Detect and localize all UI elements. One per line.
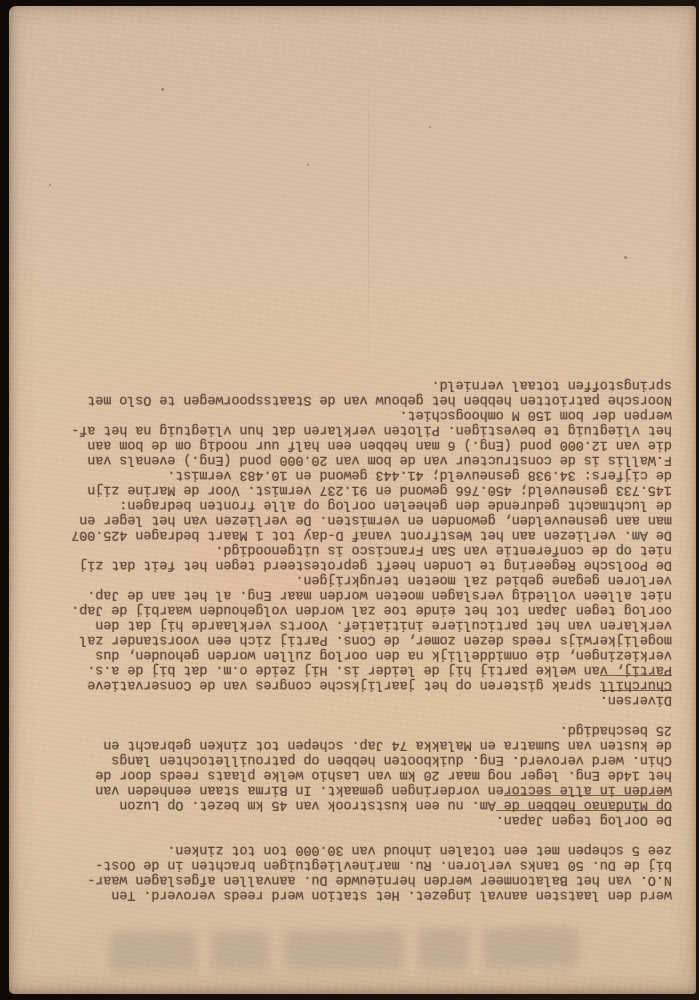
- text-line: verkiezingen, die onmiddellijk na den oo…: [31, 647, 672, 662]
- text-line: verloren gegane gebied zal moeten terugk…: [31, 572, 672, 587]
- ink-bleed-through: [109, 916, 580, 983]
- bleed-blob: [284, 928, 404, 969]
- text-line: Chin. werd veroverd. Eng. duikbooten heb…: [31, 752, 672, 767]
- paper-speck: [624, 256, 627, 259]
- underlined-text: Op Mindanao hebben de: [504, 796, 672, 813]
- text-line: de kusten van Sumatra en Malakka 74 Jap.…: [31, 737, 672, 752]
- underlined-text: Churchill: [600, 676, 672, 693]
- text-line: De Poolsche Regeering te Londen heeft ge…: [31, 557, 672, 572]
- paper-sheet: werd den laatsten aanval ingezet. Het st…: [9, 6, 696, 994]
- bleed-blob: [483, 927, 579, 968]
- text-line: sprak gisteren op het jaarlijksche congr…: [87, 677, 600, 692]
- text-line: 25 beschadigd.: [31, 722, 672, 737]
- text-line: die van 12.000 pond (Eng.) 6 man hebben …: [31, 437, 672, 452]
- text-line: bij de Du. 50 tanks verloren. Ru. marine…: [31, 857, 672, 872]
- text-line: Churchill sprak gisteren op het jaarlijk…: [31, 677, 672, 692]
- text-line: man aan gesneuvelden, gewonden en vermis…: [31, 512, 672, 527]
- text-line: De Am. verliezen aan het Westfront vanaf…: [31, 527, 672, 542]
- paper-speck: [307, 164, 309, 166]
- underlined-text: De Oorlog tegen Japan.: [496, 811, 672, 828]
- text-line: werden in alle sectoren vorderingen gema…: [31, 782, 672, 797]
- text-line: F.Wallis is de constructeur van de bom v…: [31, 452, 672, 467]
- text-line: het 14de Eng. leger nog maar 20 km van L…: [31, 767, 672, 782]
- bleed-blob: [210, 930, 270, 971]
- text-line: 145.733 gesneuveld; 450.766 gewond en 91…: [31, 482, 672, 497]
- paper-speck: [429, 126, 431, 128]
- text-line: Am. nu een kuststrook van 45 km bezet. O…: [119, 797, 503, 812]
- text-line: werpen der bom 150 M omhoogschiet.: [31, 407, 672, 422]
- text-line: zee 5 schepen met een totalen inhoud van…: [31, 842, 672, 857]
- text-line: mogelijkerwijs reeds dezen zomer, de Con…: [31, 632, 672, 647]
- fold-line: [368, 56, 369, 376]
- text-line: de cijfers: 34.938 gesneuveld; 41.443 ge…: [31, 467, 672, 482]
- blank-line: [31, 827, 672, 842]
- section-heading: Diversen.: [31, 692, 672, 707]
- section-heading: De Oorlog tegen Japan.: [31, 812, 672, 827]
- blank-line: [31, 707, 672, 722]
- text-line: oorlog tegen Japan tot het einde toe zal…: [31, 602, 672, 617]
- text-line: verklaren van het particuliere initiatie…: [31, 617, 672, 632]
- paper-speck: [49, 184, 51, 186]
- text-line: N.O. van het Balatonmeer werden hernieuw…: [31, 872, 672, 887]
- text-line: Partij, van welke partij hij de leider i…: [31, 662, 672, 677]
- text-line: de luchtmacht gedurende den geheelen oor…: [31, 497, 672, 512]
- scan-background: werd den laatsten aanval ingezet. Het st…: [0, 0, 699, 1000]
- text-line: Op Mindanao hebben de Am. nu een kuststr…: [31, 797, 672, 812]
- text-line: niet op de conferentie van San Francisco…: [31, 542, 672, 557]
- paper-speck: [161, 88, 164, 91]
- typewritten-text-block: werd den laatsten aanval ingezet. Het st…: [31, 377, 672, 902]
- text-line: het vliegtuig te bevestigen. Piloten ver…: [31, 422, 672, 437]
- text-line: springstoffen totaal vernield.: [31, 377, 672, 392]
- underlined-text: Diversen.: [600, 691, 672, 708]
- bleed-blob: [418, 928, 470, 969]
- text-line: werd den laatsten aanval ingezet. Het st…: [31, 887, 672, 902]
- text-line: Noorsche patriotten hebben het gebouw va…: [31, 392, 672, 407]
- bleed-blob: [109, 931, 197, 972]
- text-line: niet alleen volledig verslagen moeten wo…: [31, 587, 672, 602]
